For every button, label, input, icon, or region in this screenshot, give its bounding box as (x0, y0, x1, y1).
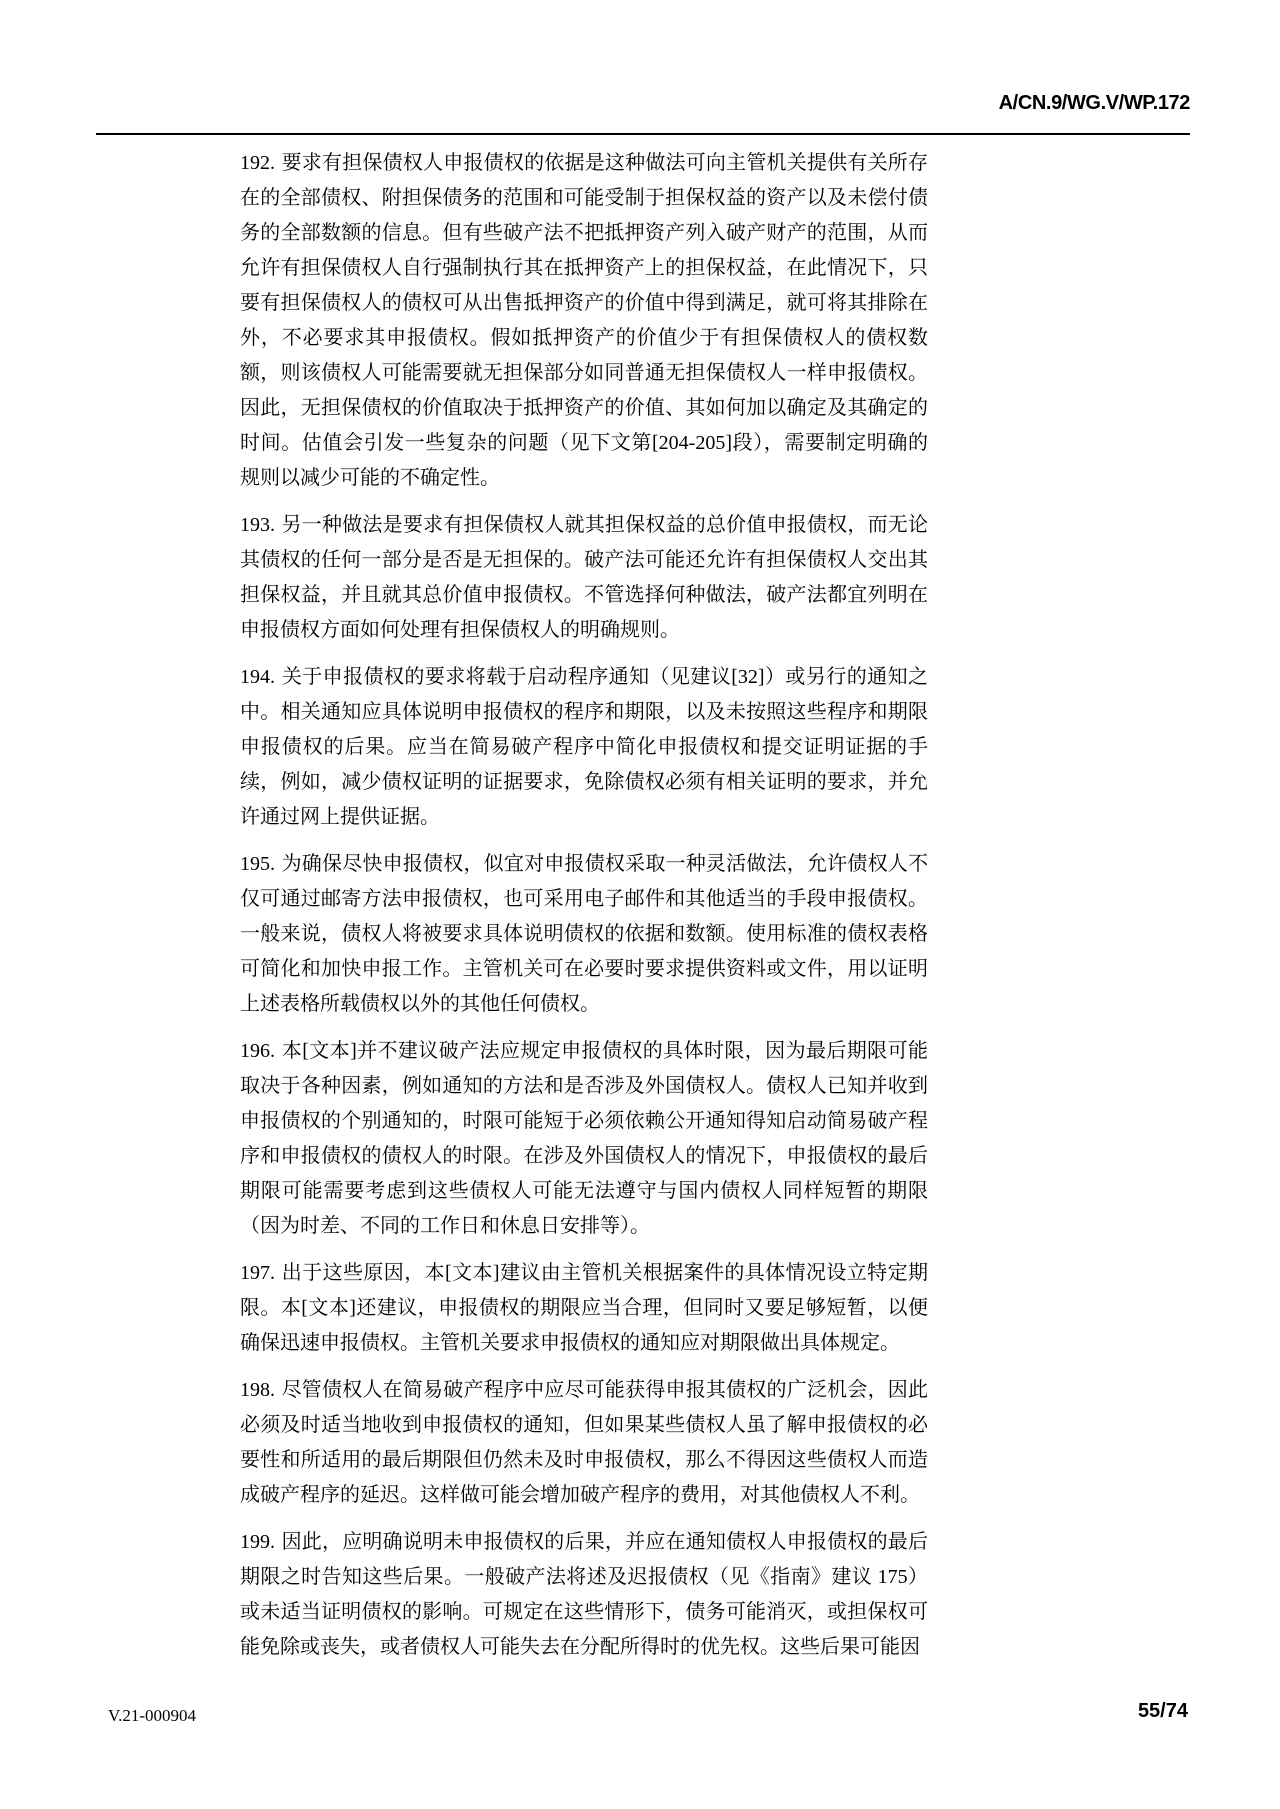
paragraph-text: 尽管债权人在简易破产程序中应尽可能获得申报其债权的广泛机会，因此必须及时适当地收… (240, 1379, 928, 1506)
paragraph-text: 出于这些原因，本[文本]建议由主管机关根据案件的具体情况设立特定期限。本[文本]… (240, 1262, 928, 1354)
paragraph-number: 194. (240, 666, 275, 688)
paragraph-196: 196.本[文本]并不建议破产法应规定申报债权的具体时限，因为最后期限可能取决于… (240, 1034, 928, 1244)
paragraph-197: 197.出于这些原因，本[文本]建议由主管机关根据案件的具体情况设立特定期限。本… (240, 1256, 928, 1361)
paragraph-193: 193.另一种做法是要求有担保债权人就其担保权益的总价值申报债权，而无论其债权的… (240, 508, 928, 648)
paragraph-198: 198.尽管债权人在简易破产程序中应尽可能获得申报其债权的广泛机会，因此必须及时… (240, 1373, 928, 1513)
paragraph-text: 关于申报债权的要求将载于启动程序通知（见建议[32]）或另行的通知之中。相关通知… (240, 666, 928, 828)
paragraph-195: 195.为确保尽快申报债权，似宜对申报债权采取一种灵活做法，允许债权人不仅可通过… (240, 847, 928, 1022)
paragraph-192: 192.要求有担保债权人申报债权的依据是这种做法可向主管机关提供有关所存在的全部… (240, 146, 928, 496)
document-page: A/CN.9/WG.V/WP.172 192.要求有担保债权人申报债权的依据是这… (0, 0, 1280, 1809)
paragraph-number: 199. (240, 1531, 275, 1553)
paragraph-text: 本[文本]并不建议破产法应规定申报债权的具体时限，因为最后期限可能取决于各种因素… (240, 1040, 928, 1237)
paragraph-number: 196. (240, 1040, 275, 1062)
paragraph-text: 因此，应明确说明未申报债权的后果，并应在通知债权人申报债权的最后期限之时告知这些… (240, 1531, 928, 1658)
footer-page-indicator: 55/74 (1138, 1700, 1188, 1723)
paragraph-number: 197. (240, 1262, 275, 1284)
paragraph-text: 要求有担保债权人申报债权的依据是这种做法可向主管机关提供有关所存在的全部债权、附… (240, 152, 928, 489)
paragraph-194: 194.关于申报债权的要求将载于启动程序通知（见建议[32]）或另行的通知之中。… (240, 660, 928, 835)
paragraph-number: 198. (240, 1379, 275, 1401)
paragraph-number: 192. (240, 152, 275, 174)
paragraph-number: 195. (240, 853, 275, 875)
paragraph-199: 199.因此，应明确说明未申报债权的后果，并应在通知债权人申报债权的最后期限之时… (240, 1525, 928, 1665)
paragraph-text: 为确保尽快申报债权，似宜对申报债权采取一种灵活做法，允许债权人不仅可通过邮寄方法… (240, 853, 928, 1015)
document-body: 192.要求有担保债权人申报债权的依据是这种做法可向主管机关提供有关所存在的全部… (240, 146, 928, 1665)
footer-job-number: V.21-000904 (108, 1706, 196, 1726)
document-symbol: A/CN.9/WG.V/WP.172 (999, 92, 1190, 115)
paragraph-number: 193. (240, 514, 275, 536)
header-rule (96, 133, 1190, 135)
paragraph-text: 另一种做法是要求有担保债权人就其担保权益的总价值申报债权，而无论其债权的任何一部… (240, 514, 928, 641)
